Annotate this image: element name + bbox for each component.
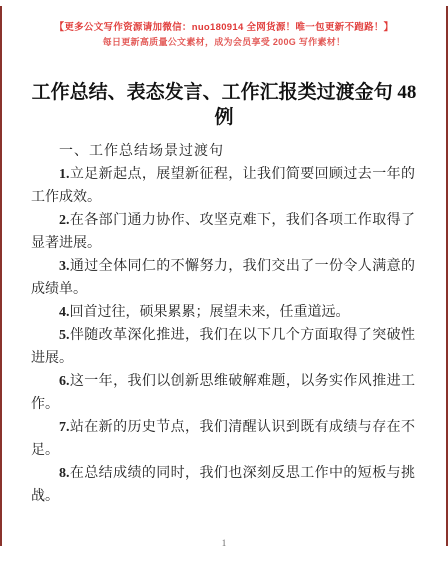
item-number: 1. <box>59 167 70 182</box>
item-text: 在各部门通力协作、攻坚克难下，我们各项工作取得了显著进展。 <box>31 213 415 251</box>
item-text: 伴随改革深化推进，我们在以下几个方面取得了突破性进展。 <box>31 328 415 366</box>
document-body: 一、工作总结场景过渡句 1.立足新起点，展望新征程，让我们简要回顾过去一年的工作… <box>0 140 448 508</box>
page-number: 1 <box>0 538 448 548</box>
section-heading: 一、工作总结场景过渡句 <box>31 140 415 163</box>
list-item: 4.回首过往，硕果累累；展望未来，任重道远。 <box>31 301 415 324</box>
item-text: 在总结成绩的同时，我们也深刻反思工作中的短板与挑战。 <box>31 466 415 504</box>
promo-line-2: 每日更新高质量公文素材，成为会员享受 200G 写作素材！ <box>0 35 448 49</box>
item-text: 这一年，我们以创新思维破解难题，以务实作风推进工作。 <box>31 374 415 412</box>
left-edge-border-decoration <box>0 6 2 546</box>
item-number: 2. <box>59 213 70 228</box>
item-number: 3. <box>59 259 70 274</box>
item-text: 立足新起点，展望新征程，让我们简要回顾过去一年的工作成效。 <box>31 167 415 205</box>
item-text: 站在新的历史节点，我们清醒认识到既有成绩与存在不足。 <box>31 420 415 458</box>
item-number: 4. <box>59 305 70 320</box>
list-item: 7.站在新的历史节点，我们清醒认识到既有成绩与存在不足。 <box>31 416 415 462</box>
item-number: 5. <box>59 328 70 343</box>
item-number: 7. <box>59 420 70 435</box>
item-text: 回首过往，硕果累累；展望未来，任重道远。 <box>70 305 350 320</box>
item-number: 6. <box>59 374 70 389</box>
document-page: 【更多公文写作资源请加微信：nuo180914 全网货源！唯一包更新不跑路！】 … <box>0 0 448 580</box>
promo-header: 【更多公文写作资源请加微信：nuo180914 全网货源！唯一包更新不跑路！】 … <box>0 0 448 49</box>
promo-line-1: 【更多公文写作资源请加微信：nuo180914 全网货源！唯一包更新不跑路！】 <box>0 20 448 35</box>
list-item: 1.立足新起点，展望新征程，让我们简要回顾过去一年的工作成效。 <box>31 163 415 209</box>
list-item: 8.在总结成绩的同时，我们也深刻反思工作中的短板与挑战。 <box>31 462 415 508</box>
item-number: 8. <box>59 466 70 481</box>
document-title: 工作总结、表态发言、工作汇报类过渡金句 48 例 <box>0 80 448 130</box>
list-item: 5.伴随改革深化推进，我们在以下几个方面取得了突破性进展。 <box>31 324 415 370</box>
document-title-line-2: 例 <box>0 105 448 130</box>
list-item: 2.在各部门通力协作、攻坚克难下，我们各项工作取得了显著进展。 <box>31 209 415 255</box>
list-item: 6.这一年，我们以创新思维破解难题，以务实作风推进工作。 <box>31 370 415 416</box>
document-title-line-1: 工作总结、表态发言、工作汇报类过渡金句 48 <box>0 80 448 105</box>
list-item: 3.通过全体同仁的不懈努力，我们交出了一份令人满意的成绩单。 <box>31 255 415 301</box>
item-text: 通过全体同仁的不懈努力，我们交出了一份令人满意的成绩单。 <box>31 259 415 297</box>
